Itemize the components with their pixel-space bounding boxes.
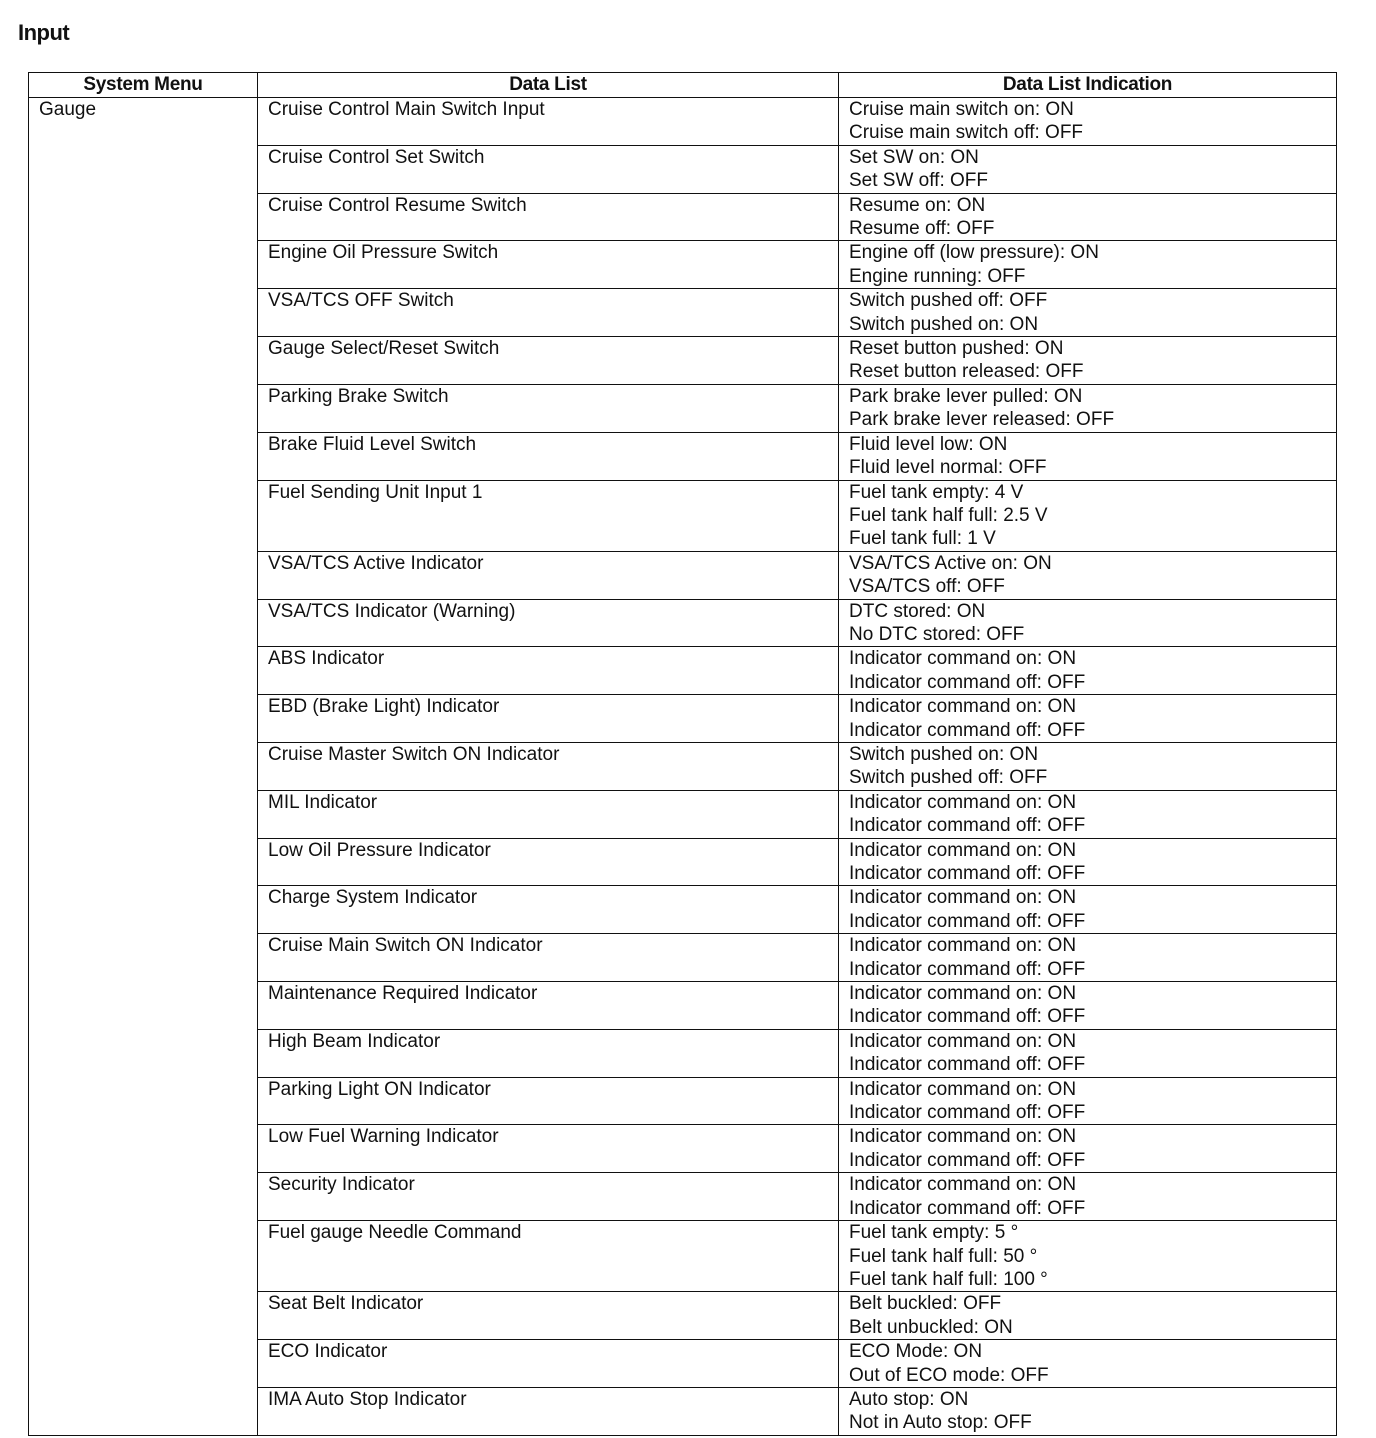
indication-line: Indicator command on: ON xyxy=(849,1125,1326,1148)
indication-line: Indicator command on: ON xyxy=(849,695,1326,718)
data-list-item: Fuel gauge Needle Command xyxy=(258,1221,839,1292)
indication-line: Fuel tank half full: 100 ° xyxy=(849,1268,1326,1291)
table-body: GaugeCruise Control Main Switch InputCru… xyxy=(29,98,1337,1436)
data-list-item: Low Oil Pressure Indicator xyxy=(258,838,839,886)
indication-line: Engine off (low pressure): ON xyxy=(849,241,1326,264)
data-list-item: Security Indicator xyxy=(258,1173,839,1221)
data-list-item: VSA/TCS Active Indicator xyxy=(258,551,839,599)
indication-line: Fuel tank half full: 2.5 V xyxy=(849,504,1326,527)
data-list-item: EBD (Brake Light) Indicator xyxy=(258,695,839,743)
indication-line: Indicator command off: OFF xyxy=(849,862,1326,885)
indication-line: Indicator command off: OFF xyxy=(849,1101,1326,1124)
data-list-item: Cruise Control Set Switch xyxy=(258,145,839,193)
data-list-item: Cruise Master Switch ON Indicator xyxy=(258,742,839,790)
data-list-indication: DTC stored: ONNo DTC stored: OFF xyxy=(839,599,1337,647)
header-data-list-indication: Data List Indication xyxy=(839,73,1337,98)
system-menu-cell: Gauge xyxy=(29,98,258,1436)
data-list-item: Fuel Sending Unit Input 1 xyxy=(258,480,839,551)
data-list-indication: Indicator command on: ONIndicator comman… xyxy=(839,695,1337,743)
data-list-item: ECO Indicator xyxy=(258,1340,839,1388)
indication-line: Indicator command on: ON xyxy=(849,1173,1326,1196)
table-header-row: System Menu Data List Data List Indicati… xyxy=(29,73,1337,98)
indication-line: Switch pushed on: ON xyxy=(849,743,1326,766)
table-row: GaugeCruise Control Main Switch InputCru… xyxy=(29,98,1337,146)
data-list-indication: Indicator command on: ONIndicator comman… xyxy=(839,1125,1337,1173)
indication-line: Set SW on: ON xyxy=(849,146,1326,169)
data-list-indication: Cruise main switch on: ONCruise main swi… xyxy=(839,98,1337,146)
indication-line: Belt unbuckled: ON xyxy=(849,1316,1326,1339)
data-list-indication: Indicator command on: ONIndicator comman… xyxy=(839,838,1337,886)
header-system-menu: System Menu xyxy=(29,73,258,98)
data-list-indication: Set SW on: ONSet SW off: OFF xyxy=(839,145,1337,193)
indication-line: Indicator command on: ON xyxy=(849,934,1326,957)
data-list-item: Maintenance Required Indicator xyxy=(258,982,839,1030)
data-list-item: Cruise Control Main Switch Input xyxy=(258,98,839,146)
data-list-indication: Indicator command on: ONIndicator comman… xyxy=(839,647,1337,695)
indication-line: Cruise main switch off: OFF xyxy=(849,121,1326,144)
data-list-indication: VSA/TCS Active on: ONVSA/TCS off: OFF xyxy=(839,551,1337,599)
data-list-item: Low Fuel Warning Indicator xyxy=(258,1125,839,1173)
indication-line: Resume on: ON xyxy=(849,194,1326,217)
data-list-indication: Auto stop: ONNot in Auto stop: OFF xyxy=(839,1387,1337,1435)
indication-line: Park brake lever released: OFF xyxy=(849,408,1326,431)
data-list-item: Cruise Main Switch ON Indicator xyxy=(258,934,839,982)
indication-line: Not in Auto stop: OFF xyxy=(849,1411,1326,1434)
indication-line: Cruise main switch on: ON xyxy=(849,98,1326,121)
indication-line: DTC stored: ON xyxy=(849,600,1326,623)
data-list-item: MIL Indicator xyxy=(258,790,839,838)
indication-line: Engine running: OFF xyxy=(849,265,1326,288)
indication-line: Indicator command off: OFF xyxy=(849,958,1326,981)
data-list-indication: Belt buckled: OFFBelt unbuckled: ON xyxy=(839,1292,1337,1340)
indication-line: VSA/TCS Active on: ON xyxy=(849,552,1326,575)
data-list-item: ABS Indicator xyxy=(258,647,839,695)
indication-line: Belt buckled: OFF xyxy=(849,1292,1326,1315)
indication-line: Indicator command on: ON xyxy=(849,1078,1326,1101)
data-list-indication: Park brake lever pulled: ONPark brake le… xyxy=(839,384,1337,432)
indication-line: Reset button released: OFF xyxy=(849,360,1326,383)
data-list-item: Brake Fluid Level Switch xyxy=(258,432,839,480)
data-list-indication: Indicator command on: ONIndicator comman… xyxy=(839,1077,1337,1125)
data-list-indication: Engine off (low pressure): ONEngine runn… xyxy=(839,241,1337,289)
data-list-indication: ECO Mode: ONOut of ECO mode: OFF xyxy=(839,1340,1337,1388)
indication-line: Indicator command on: ON xyxy=(849,886,1326,909)
indication-line: Fluid level normal: OFF xyxy=(849,456,1326,479)
data-list-item: Cruise Control Resume Switch xyxy=(258,193,839,241)
data-list-indication: Switch pushed off: OFFSwitch pushed on: … xyxy=(839,289,1337,337)
data-list-item: Charge System Indicator xyxy=(258,886,839,934)
data-list-table: System Menu Data List Data List Indicati… xyxy=(28,72,1337,1436)
data-list-item: VSA/TCS OFF Switch xyxy=(258,289,839,337)
indication-line: Set SW off: OFF xyxy=(849,169,1326,192)
data-list-item: Parking Brake Switch xyxy=(258,384,839,432)
section-title: Input xyxy=(18,20,69,46)
indication-line: Switch pushed off: OFF xyxy=(849,289,1326,312)
indication-line: Indicator command off: OFF xyxy=(849,814,1326,837)
indication-line: Fuel tank full: 1 V xyxy=(849,527,1326,550)
indication-line: Indicator command on: ON xyxy=(849,791,1326,814)
indication-line: No DTC stored: OFF xyxy=(849,623,1326,646)
data-list-indication: Resume on: ONResume off: OFF xyxy=(839,193,1337,241)
data-list-indication: Switch pushed on: ONSwitch pushed off: O… xyxy=(839,742,1337,790)
data-list-indication: Indicator command on: ONIndicator comman… xyxy=(839,982,1337,1030)
indication-line: Switch pushed off: OFF xyxy=(849,766,1326,789)
header-data-list: Data List xyxy=(258,73,839,98)
indication-line: Indicator command off: OFF xyxy=(849,1149,1326,1172)
indication-line: ECO Mode: ON xyxy=(849,1340,1326,1363)
data-list-item: Gauge Select/Reset Switch xyxy=(258,337,839,385)
indication-line: Indicator command on: ON xyxy=(849,839,1326,862)
indication-line: Switch pushed on: ON xyxy=(849,313,1326,336)
data-list-indication: Indicator command on: ONIndicator comman… xyxy=(839,886,1337,934)
indication-line: Indicator command on: ON xyxy=(849,647,1326,670)
data-list-item: Seat Belt Indicator xyxy=(258,1292,839,1340)
indication-line: Indicator command off: OFF xyxy=(849,719,1326,742)
indication-line: Park brake lever pulled: ON xyxy=(849,385,1326,408)
data-list-item: Engine Oil Pressure Switch xyxy=(258,241,839,289)
indication-line: Fluid level low: ON xyxy=(849,433,1326,456)
indication-line: Fuel tank empty: 5 ° xyxy=(849,1221,1326,1244)
data-list-indication: Fluid level low: ONFluid level normal: O… xyxy=(839,432,1337,480)
indication-line: Fuel tank half full: 50 ° xyxy=(849,1245,1326,1268)
indication-line: Indicator command off: OFF xyxy=(849,1053,1326,1076)
indication-line: Indicator command off: OFF xyxy=(849,671,1326,694)
data-list-item: VSA/TCS Indicator (Warning) xyxy=(258,599,839,647)
data-list-indication: Indicator command on: ONIndicator comman… xyxy=(839,1173,1337,1221)
data-list-indication: Reset button pushed: ONReset button rele… xyxy=(839,337,1337,385)
indication-line: Indicator command on: ON xyxy=(849,1030,1326,1053)
indication-line: Indicator command on: ON xyxy=(849,982,1326,1005)
data-list-indication: Fuel tank empty: 4 VFuel tank half full:… xyxy=(839,480,1337,551)
indication-line: Out of ECO mode: OFF xyxy=(849,1364,1326,1387)
data-list-indication: Fuel tank empty: 5 °Fuel tank half full:… xyxy=(839,1221,1337,1292)
indication-line: Indicator command off: OFF xyxy=(849,1197,1326,1220)
indication-line: Indicator command off: OFF xyxy=(849,1005,1326,1028)
data-list-indication: Indicator command on: ONIndicator comman… xyxy=(839,934,1337,982)
indication-line: Auto stop: ON xyxy=(849,1388,1326,1411)
indication-line: Fuel tank empty: 4 V xyxy=(849,481,1326,504)
data-list-indication: Indicator command on: ONIndicator comman… xyxy=(839,790,1337,838)
indication-line: Resume off: OFF xyxy=(849,217,1326,240)
data-list-item: IMA Auto Stop Indicator xyxy=(258,1387,839,1435)
data-list-item: High Beam Indicator xyxy=(258,1029,839,1077)
indication-line: Indicator command off: OFF xyxy=(849,910,1326,933)
data-list-item: Parking Light ON Indicator xyxy=(258,1077,839,1125)
indication-line: VSA/TCS off: OFF xyxy=(849,575,1326,598)
indication-line: Reset button pushed: ON xyxy=(849,337,1326,360)
data-list-indication: Indicator command on: ONIndicator comman… xyxy=(839,1029,1337,1077)
